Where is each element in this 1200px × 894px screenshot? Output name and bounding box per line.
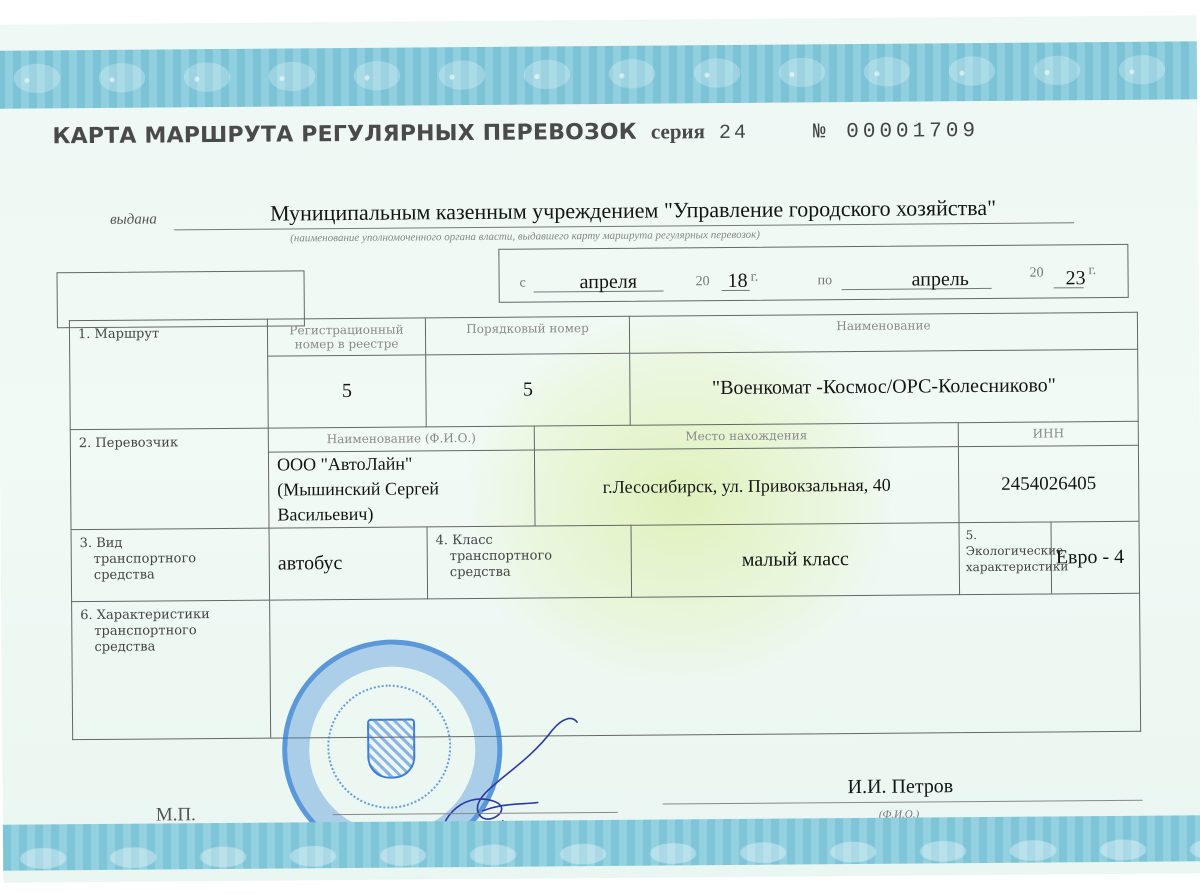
period-from-label: с: [520, 276, 526, 292]
coat-of-arms-icon: [367, 718, 415, 778]
period-to-year: 23: [1066, 267, 1086, 290]
carrier-label: 2. Перевозчик: [70, 428, 269, 530]
carrier-location: г.Лесосибирск, ул. Привокзальная, 40: [534, 447, 959, 526]
period-from-year: 18: [728, 270, 748, 293]
vehicle-type-label-line: средства: [80, 567, 261, 584]
carrier-inn: 2454026405: [958, 445, 1139, 522]
route-label: 1. Маршрут: [69, 319, 268, 430]
characteristics-label-line: 6. Характеристики: [80, 607, 210, 623]
route-name: "Военкомат -Космос/ОРС-Колесниково": [630, 349, 1139, 425]
route-card-sheet: КАРТА МАРШРУТА РЕГУЛЯРНЫХ ПЕРЕВОЗОК сери…: [0, 15, 1200, 882]
vehicle-class-value: малый класс: [631, 523, 960, 598]
carrier-name-line: Васильевич): [277, 501, 534, 528]
carrier-inn-header: ИНН: [958, 421, 1138, 446]
vehicle-type-label-line: 3. Вид: [80, 536, 123, 551]
vehicle-class-label-line: транспортного: [436, 548, 623, 565]
vehicle-type-label-line: транспортного: [80, 551, 261, 568]
route-seq-number: 5: [426, 353, 631, 427]
document-title: КАРТА МАРШРУТА РЕГУЛЯРНЫХ ПЕРЕВОЗОК: [52, 120, 637, 150]
period-from-century: 20: [696, 274, 710, 290]
eco-label-line: характеристики: [966, 558, 1047, 575]
characteristics-row: 6. Характеристики транспортного средства: [72, 593, 1141, 739]
period-to-label: по: [818, 273, 833, 289]
route-name-header: Наименование: [629, 312, 1137, 353]
number-sign: №: [813, 121, 830, 144]
route-card-table: 1. Маршрут Регистрационный номер в реест…: [69, 312, 1141, 740]
decorative-top-border: [0, 41, 1197, 108]
carrier-name-header: Наименование (Ф.И.О.): [268, 426, 534, 452]
characteristics-label: 6. Характеристики транспортного средства: [72, 600, 271, 740]
characteristics-label-line: средства: [80, 639, 261, 656]
validity-period: с апреля 20 18 г. по апрель 20 23 г.: [498, 244, 1128, 303]
carrier-name-line: (Мышинский Сергей: [277, 476, 534, 503]
signer-underline: [663, 800, 1143, 805]
characteristics-label-line: транспортного: [80, 623, 261, 640]
issued-hint: (наименование уполномоченного органа вла…: [290, 229, 760, 245]
carrier-location-header: Место нахождения: [534, 423, 958, 450]
vehicle-class-label-line: 4. Класс: [436, 533, 493, 548]
period-to-month: апрель: [912, 268, 969, 291]
document-number: 00001709: [846, 120, 979, 144]
document-header: КАРТА МАРШРУТА РЕГУЛЯРНЫХ ПЕРЕВОЗОК сери…: [52, 117, 979, 150]
period-from-suffix: г.: [751, 270, 759, 286]
vehicle-class-label-line: средства: [436, 564, 623, 581]
route-reg-number: 5: [268, 355, 427, 428]
eco-label: 5. Экологические характеристики: [959, 522, 1052, 595]
series-value: 24: [719, 122, 749, 145]
eco-value: Евро - 4: [1051, 521, 1140, 594]
decorative-bottom-border: [3, 815, 1200, 870]
period-to-suffix: г.: [1088, 263, 1096, 279]
number-label: № 00001709: [813, 120, 979, 144]
issued-authority: Муниципальным казенным учреждением "Упра…: [270, 195, 996, 227]
vehicle-class-label: 4. Класс транспортного средства: [427, 525, 632, 599]
eco-label-line: 5. Экологические: [966, 528, 1064, 558]
signer-name: И.И. Петров: [847, 775, 953, 799]
carrier-name-line: ООО "АвтоЛайн": [277, 451, 534, 478]
period-from-month: апреля: [580, 271, 638, 294]
route-seq-number-header: Порядковый номер: [425, 316, 629, 355]
vehicle-type-label: 3. Вид транспортного средства: [71, 528, 270, 602]
period-to-century: 20: [1029, 266, 1043, 282]
vehicle-type-value: автобус: [269, 527, 428, 600]
route-reg-number-header: Регистрационный номер в реестре: [267, 318, 425, 356]
vehicle-row: 3. Вид транспортного средства автобус 4.…: [71, 521, 1140, 601]
carrier-name: ООО "АвтоЛайн" (Мышинский Сергей Василье…: [268, 450, 535, 528]
issued-by-field: выдана Муниципальным казенным учреждение…: [110, 186, 1070, 244]
series-label: серия: [651, 119, 705, 143]
issued-label: выдана: [110, 211, 157, 228]
